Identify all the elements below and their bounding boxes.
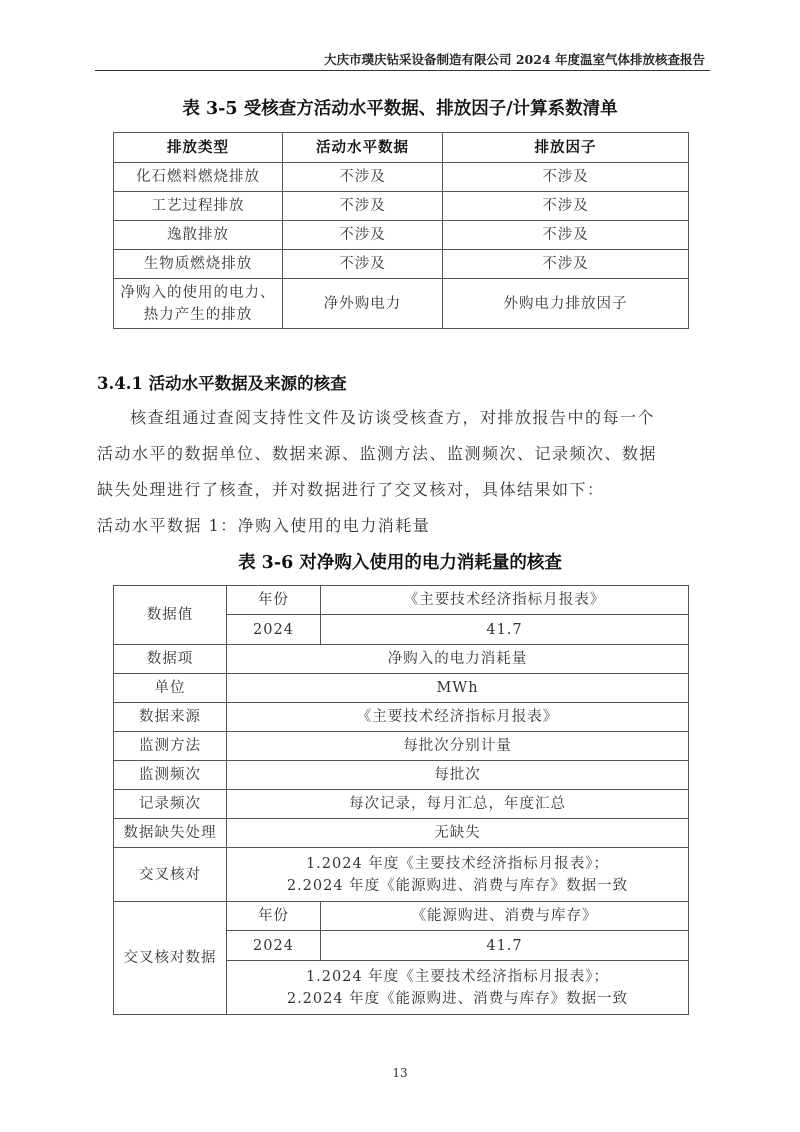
table-row: 数据来源 《主要技术经济指标月报表》 (114, 703, 689, 732)
activity-data: 不涉及 (283, 250, 443, 279)
row-value: MWh (227, 674, 689, 703)
table-row: 净购入的使用的电力、 热力产生的排放 净外购电力 外购电力排放因子 (114, 279, 689, 329)
emission-type-line2: 热力产生的排放 (114, 304, 282, 326)
table-row: 单位 MWh (114, 674, 689, 703)
emission-type: 化石燃料燃烧排放 (114, 163, 283, 192)
table2-caption: 表 3-6 对净购入使用的电力消耗量的核查 (0, 549, 800, 574)
table-row: 数据项 净购入的电力消耗量 (114, 645, 689, 674)
table-row: 逸散排放 不涉及 不涉及 (114, 221, 689, 250)
year-header: 年份 (227, 586, 321, 615)
source-header: 《主要技术经济指标月报表》 (321, 586, 689, 615)
row-value: 每批次 (227, 761, 689, 790)
table-row: 交叉核对 1.2024 年度《主要技术经济指标月报表》； 2.2024 年度《能… (114, 848, 689, 902)
row-value: 每次记录，每月汇总，年度汇总 (227, 790, 689, 819)
row-label: 记录频次 (114, 790, 227, 819)
cross-check-data-line1: 1.2024 年度《主要技术经济指标月报表》； (227, 966, 688, 988)
table-row: 工艺过程排放 不涉及 不涉及 (114, 192, 689, 221)
source-header: 《能源购进、消费与库存》 (321, 902, 689, 931)
emission-factor: 不涉及 (443, 221, 689, 250)
row-value: 每批次分别计量 (227, 732, 689, 761)
row-label: 数据缺失处理 (114, 819, 227, 848)
year-value: 2024 (227, 931, 321, 961)
activity-data: 不涉及 (283, 221, 443, 250)
emission-factor: 不涉及 (443, 192, 689, 221)
table1-header-row: 排放类型 活动水平数据 排放因子 (114, 133, 689, 163)
cross-check-data-label: 交叉核对数据 (114, 902, 227, 1015)
row-value: 《主要技术经济指标月报表》 (227, 703, 689, 732)
data-value: 41.7 (321, 615, 689, 645)
emission-type-line1: 净购入的使用的电力、 (114, 282, 282, 304)
row-label: 单位 (114, 674, 227, 703)
cross-check-line1: 1.2024 年度《主要技术经济指标月报表》； (227, 853, 688, 875)
paragraph-line: 核查组通过查阅支持性文件及访谈受核查方，对排放报告中的每一个 (130, 405, 655, 428)
table2: 数据值 年份 《主要技术经济指标月报表》 2024 41.7 数据项 净购入的电… (113, 585, 689, 1015)
cross-check-data-line2: 2.2024 年度《能源购进、消费与库存》数据一致 (227, 988, 688, 1010)
table-row: 监测方法 每批次分别计量 (114, 732, 689, 761)
table-row: 交叉核对数据 年份 《能源购进、消费与库存》 (114, 902, 689, 931)
table-row: 生物质燃烧排放 不涉及 不涉及 (114, 250, 689, 279)
cross-check-value: 1.2024 年度《主要技术经济指标月报表》； 2.2024 年度《能源购进、消… (227, 848, 689, 902)
row-label: 监测方法 (114, 732, 227, 761)
section-heading: 3.4.1 活动水平数据及来源的核查 (97, 370, 347, 394)
table-row: 记录频次 每次记录，每月汇总，年度汇总 (114, 790, 689, 819)
paragraph-line: 缺失处理进行了核查，并对数据进行了交叉核对，具体结果如下： (97, 477, 605, 500)
activity-data: 净外购电力 (283, 279, 443, 329)
row-value: 无缺失 (227, 819, 689, 848)
row-label: 监测频次 (114, 761, 227, 790)
paragraph-line: 活动水平的数据单位、数据来源、监测方法、监测频次、记录频次、数据 (97, 441, 657, 464)
table1-header-type: 排放类型 (114, 133, 283, 163)
row-value: 净购入的电力消耗量 (227, 645, 689, 674)
emission-factor: 不涉及 (443, 163, 689, 192)
table1-header-factor: 排放因子 (443, 133, 689, 163)
table1-header-activity: 活动水平数据 (283, 133, 443, 163)
emission-factor: 外购电力排放因子 (443, 279, 689, 329)
activity-data-label: 活动水平数据 1：净购入使用的电力消耗量 (97, 513, 430, 536)
table-row: 化石燃料燃烧排放 不涉及 不涉及 (114, 163, 689, 192)
emission-factor: 不涉及 (443, 250, 689, 279)
table-row: 数据缺失处理 无缺失 (114, 819, 689, 848)
table1-caption: 表 3-5 受核查方活动水平数据、排放因子/计算系数清单 (0, 95, 800, 120)
header-divider (95, 70, 710, 71)
table-row: 数据值 年份 《主要技术经济指标月报表》 (114, 586, 689, 615)
emission-type: 生物质燃烧排放 (114, 250, 283, 279)
activity-data: 不涉及 (283, 163, 443, 192)
year-header: 年份 (227, 902, 321, 931)
table1: 排放类型 活动水平数据 排放因子 化石燃料燃烧排放 不涉及 不涉及 工艺过程排放… (113, 132, 689, 329)
table-row: 监测频次 每批次 (114, 761, 689, 790)
cross-check-line2: 2.2024 年度《能源购进、消费与库存》数据一致 (227, 875, 688, 897)
data-value-label: 数据值 (114, 586, 227, 645)
activity-data: 不涉及 (283, 192, 443, 221)
cross-check-data-value: 1.2024 年度《主要技术经济指标月报表》； 2.2024 年度《能源购进、消… (227, 961, 689, 1015)
row-label: 数据项 (114, 645, 227, 674)
emission-type: 工艺过程排放 (114, 192, 283, 221)
cross-check-label: 交叉核对 (114, 848, 227, 902)
data-value: 41.7 (321, 931, 689, 961)
row-label: 数据来源 (114, 703, 227, 732)
year-value: 2024 (227, 615, 321, 645)
emission-type: 逸散排放 (114, 221, 283, 250)
page-header: 大庆市璞庆钻采设备制造有限公司 2024 年度温室气体排放核查报告 (95, 50, 705, 68)
page-number: 13 (0, 1066, 800, 1080)
emission-type: 净购入的使用的电力、 热力产生的排放 (114, 279, 283, 329)
